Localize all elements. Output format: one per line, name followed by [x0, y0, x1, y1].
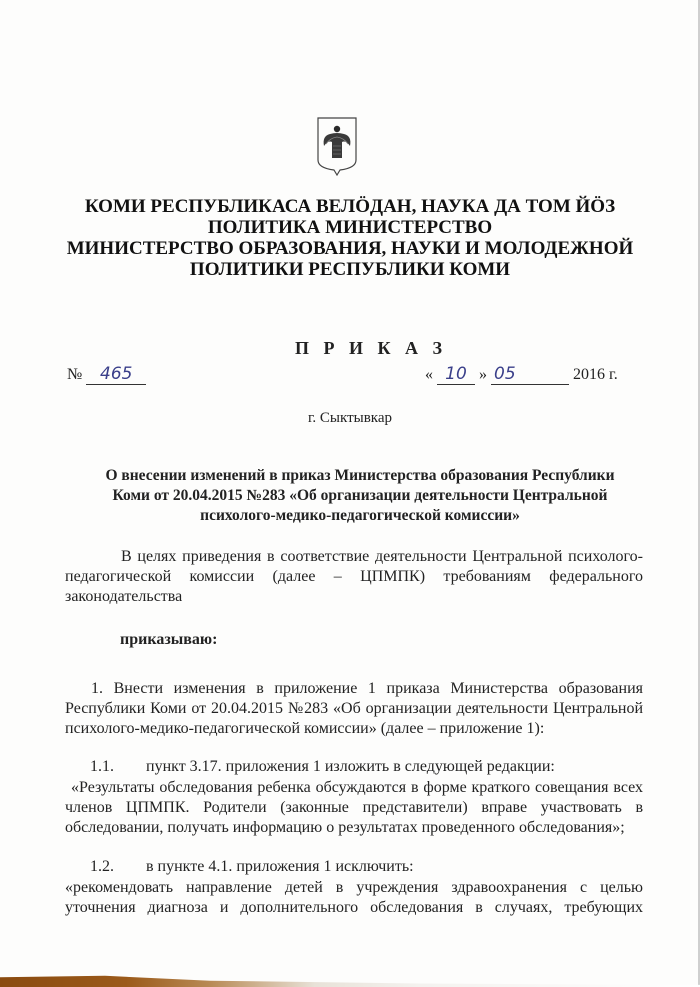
intro-paragraph: В целях приведения в соответствие деятел…: [65, 547, 643, 607]
document-title: П Р И К А З: [295, 338, 447, 359]
order-number: №465: [67, 364, 146, 385]
date-month: 05: [491, 364, 569, 385]
order-number-value: 465: [86, 364, 146, 385]
header-line: КОМИ РЕСПУБЛИКАСА ВЕЛӦДАН, НАУКА ДА ТОМ …: [0, 196, 700, 217]
coat-of-arms-icon: [316, 116, 358, 176]
item-1-1-quote: «Результаты обследования ребенка обсужда…: [65, 778, 643, 838]
scan-edge: [0, 973, 700, 987]
item-1-2: 1.2.в пункте 4.1. приложения 1 исключить…: [90, 858, 414, 876]
item-1-1: 1.1.пункт 3.17. приложения 1 изложить в …: [90, 758, 555, 776]
document-page: КОМИ РЕСПУБЛИКАСА ВЕЛӦДАН, НАУКА ДА ТОМ …: [0, 0, 700, 987]
ministry-header: КОМИ РЕСПУБЛИКАСА ВЕЛӦДАН, НАУКА ДА ТОМ …: [0, 196, 700, 280]
date-day: 10: [437, 364, 475, 385]
header-line: ПОЛИТИКИ РЕСПУБЛИКИ КОМИ: [0, 259, 700, 280]
item-1-paragraph: 1. Внести изменения в приложение 1 прика…: [65, 679, 643, 739]
item-text: пункт 3.17. приложения 1 изложить в след…: [146, 758, 555, 775]
date-year: 2016 г.: [573, 366, 618, 383]
item-1-2-quote: «рекомендовать направление детей в учреж…: [65, 878, 643, 918]
item-number: 1.2.: [90, 858, 146, 876]
date-close-quote: »: [479, 366, 487, 383]
header-line: ПОЛИТИКА МИНИСТЕРСТВО: [0, 217, 700, 238]
ordering-word: приказываю:: [120, 631, 217, 649]
order-subject: О внесении изменений в приказ Министерст…: [60, 466, 660, 526]
subject-line: О внесении изменений в приказ Министерст…: [60, 466, 660, 486]
subject-line: Коми от 20.04.2015 №283 «Об организации …: [60, 486, 660, 506]
order-date: « 10 » 05 2016 г.: [425, 364, 618, 385]
item-text: в пункте 4.1. приложения 1 исключить:: [146, 858, 414, 875]
header-line: МИНИСТЕРСТВО ОБРАЗОВАНИЯ, НАУКИ И МОЛОДЕ…: [0, 238, 700, 259]
number-sign: №: [67, 366, 82, 383]
item-number: 1.1.: [90, 758, 146, 776]
city: г. Сыктывкар: [0, 410, 700, 427]
date-open-quote: «: [425, 366, 433, 383]
subject-line: психолого-медико-педагогической комиссии…: [60, 506, 660, 526]
